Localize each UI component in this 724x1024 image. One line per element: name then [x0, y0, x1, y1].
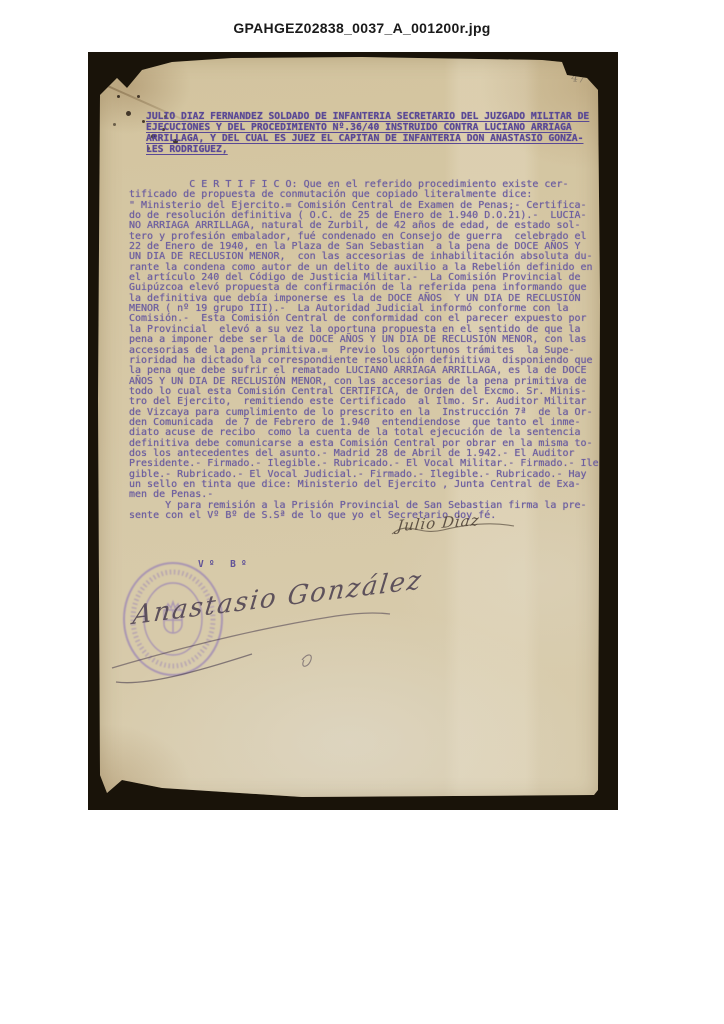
page: { "caption": "GPAHGEZ02838_0037_A_001200…: [0, 0, 724, 1024]
document-paper: 47 JULIO DIAZ FERNANDEZ SOLDADO DE INFAN…: [98, 55, 600, 802]
document-photo: 47 JULIO DIAZ FERNANDEZ SOLDADO DE INFAN…: [88, 52, 618, 810]
ink-blots: [117, 95, 120, 98]
certificate-body: C E R T I F I C O: Que en el referido pr…: [129, 180, 605, 521]
filename-caption: GPAHGEZ02838_0037_A_001200r.jpg: [0, 20, 724, 36]
certificate-heading: JULIO DIAZ FERNANDEZ SOLDADO DE INFANTER…: [146, 111, 589, 155]
page-number-pencil: 47: [570, 71, 586, 86]
